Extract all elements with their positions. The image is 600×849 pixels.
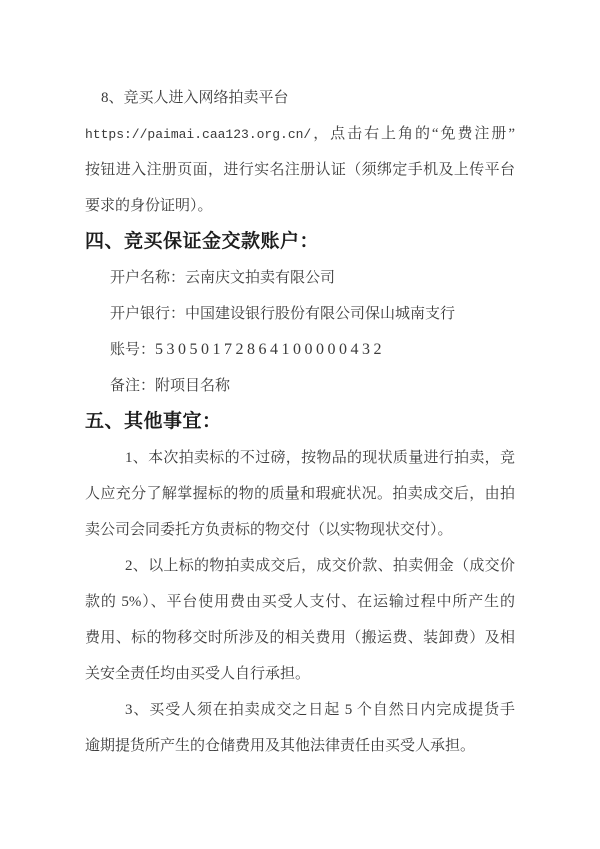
remark-line: 备注：附项目名称 bbox=[85, 368, 515, 404]
item-2-line-2: 款的 5%）、平台使用费由买受人支付、在运输过程中所产生的 bbox=[85, 584, 515, 620]
item-2-line-4: 关安全责任均由买受人自行承担。 bbox=[85, 656, 515, 692]
platform-url-text: https://paimai.caa123.org.cn/ bbox=[85, 127, 311, 142]
item-1-line-3: 卖公司会同委托方负责标的物交付（以实物现状交付）。 bbox=[85, 512, 515, 548]
registration-url-line: https://paimai.caa123.org.cn/，点击右上角的“免费注… bbox=[85, 116, 515, 152]
account-number-value: 53050172864100000432 bbox=[155, 341, 385, 358]
item-2-line-1: 2、以上标的物拍卖成交后，成交价款、拍卖佣金（成交价 bbox=[85, 548, 515, 584]
section-4-heading: 四、竞买保证金交款账户： bbox=[85, 224, 515, 260]
item-8-line: 8、竞买人进入网络拍卖平台 bbox=[85, 80, 515, 116]
registration-line-3: 要求的身份证明）。 bbox=[85, 188, 515, 224]
item-1-line-1: 1、本次拍卖标的不过磅，按物品的现状质量进行拍卖，竞买 bbox=[85, 440, 515, 476]
account-number-line: 账号：53050172864100000432 bbox=[85, 332, 515, 368]
registration-line-2: 按钮进入注册页面，进行实名注册认证（须绑定手机及上传平台 bbox=[85, 152, 515, 188]
section-5-heading: 五、其他事宜： bbox=[85, 404, 515, 440]
document-page: 8、竞买人进入网络拍卖平台 https://paimai.caa123.org.… bbox=[0, 0, 600, 849]
account-number-label: 账号： bbox=[110, 342, 155, 358]
item-3-line-1: 3、买受人须在拍卖成交之日起 5 个自然日内完成提货手续， bbox=[85, 692, 515, 728]
item-3-line-2: 逾期提货所产生的仓储费用及其他法律责任由买受人承担。 bbox=[85, 728, 515, 764]
item-1-line-2: 人应充分了解掌握标的物的质量和瑕疵状况。拍卖成交后，由拍 bbox=[85, 476, 515, 512]
bank-line: 开户银行：中国建设银行股份有限公司保山城南支行 bbox=[85, 296, 515, 332]
account-name-line: 开户名称：云南庆文拍卖有限公司 bbox=[85, 260, 515, 296]
registration-url-line-rest: ，点击右上角的“免费注册” bbox=[311, 126, 515, 142]
item-2-line-3: 费用、标的物移交时所涉及的相关费用（搬运费、装卸费）及相 bbox=[85, 620, 515, 656]
